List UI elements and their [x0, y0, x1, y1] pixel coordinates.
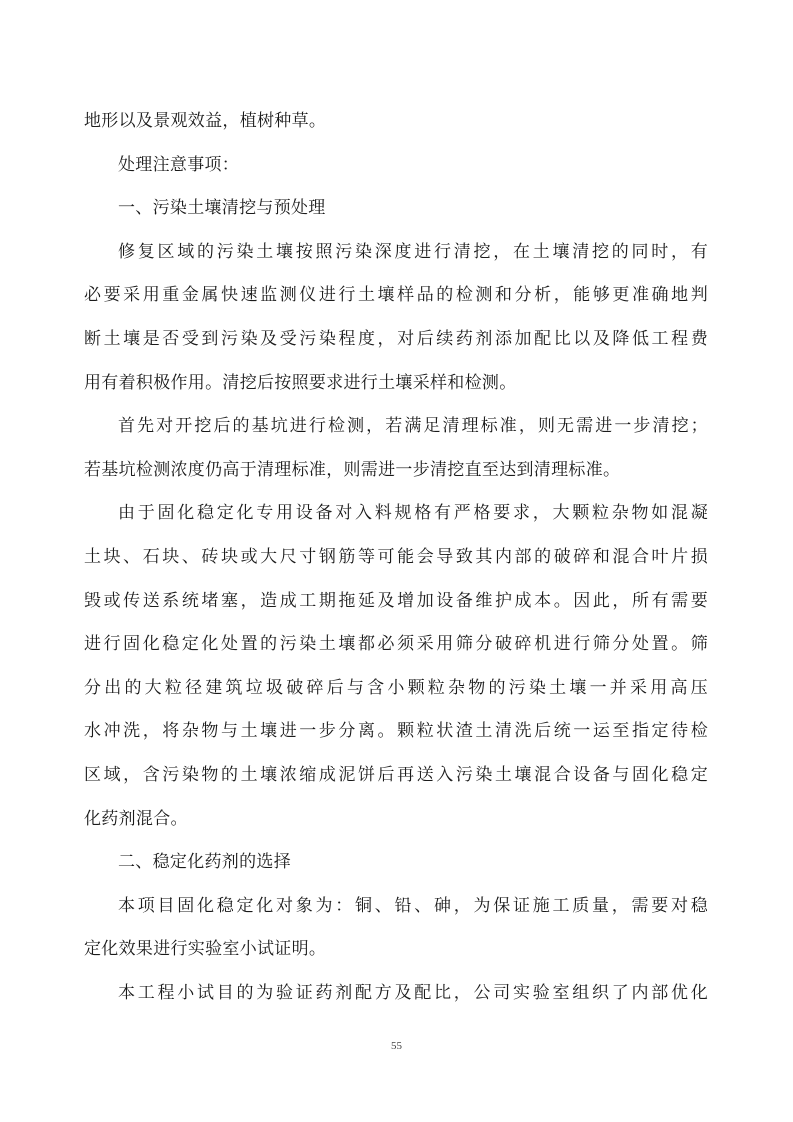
- paragraph-line: 水冲洗，将杂物与土壤进一步分离。颗粒状渣土清洗后统一运至指定待检: [84, 710, 708, 754]
- paragraph-line: 定化效果进行实验室小试证明。: [84, 928, 708, 972]
- paragraph-line: 本工程小试目的为验证药剂配方及配比，公司实验室组织了内部优化: [84, 972, 708, 1016]
- paragraph-line: 土块、石块、砖块或大尺寸钢筋等可能会导致其内部的破碎和混合叶片损: [84, 536, 708, 580]
- paragraph-line: 区域，含污染物的土壤浓缩成泥饼后再送入污染土壤混合设备与固化稳定: [84, 754, 708, 798]
- paragraph-line: 进行固化稳定化处置的污染土壤都必须采用筛分破碎机进行筛分处置。筛: [84, 623, 708, 667]
- paragraph-line: 本项目固化稳定化对象为：铜、铅、砷，为保证施工质量，需要对稳: [84, 885, 708, 929]
- paragraph-line: 首先对开挖后的基坑进行检测，若满足清理标准，则无需进一步清挖；: [84, 405, 708, 449]
- paragraph-line: 必要采用重金属快速监测仪进行土壤样品的检测和分析，能够更准确地判: [84, 274, 708, 318]
- section-heading: 一、污染土壤清挖与预处理: [84, 187, 708, 231]
- paragraph-line: 毁或传送系统堵塞，造成工期拖延及增加设备维护成本。因此，所有需要: [84, 580, 708, 624]
- section-heading: 二、稳定化药剂的选择: [84, 841, 708, 885]
- page-number: 55: [0, 1040, 793, 1052]
- paragraph-line: 若基坑检测浓度仍高于清理标准，则需进一步清挖直至达到清理标准。: [84, 449, 708, 493]
- paragraph-line: 地形以及景观效益，植树种草。: [84, 100, 708, 144]
- document-body: 地形以及景观效益，植树种草。 处理注意事项： 一、污染土壤清挖与预处理 修复区域…: [84, 100, 708, 1015]
- paragraph-line: 化药剂混合。: [84, 798, 708, 842]
- paragraph-line: 修复区域的污染土壤按照污染深度进行清挖，在土壤清挖的同时，有: [84, 231, 708, 275]
- paragraph-line: 用有着积极作用。清挖后按照要求进行土壤采样和检测。: [84, 362, 708, 406]
- paragraph-line: 由于固化稳定化专用设备对入料规格有严格要求，大颗粒杂物如混凝: [84, 492, 708, 536]
- section-label: 处理注意事项：: [84, 144, 708, 188]
- paragraph-line: 分出的大粒径建筑垃圾破碎后与含小颗粒杂物的污染土壤一并采用高压: [84, 667, 708, 711]
- paragraph-line: 断土壤是否受到污染及受污染程度，对后续药剂添加配比以及降低工程费: [84, 318, 708, 362]
